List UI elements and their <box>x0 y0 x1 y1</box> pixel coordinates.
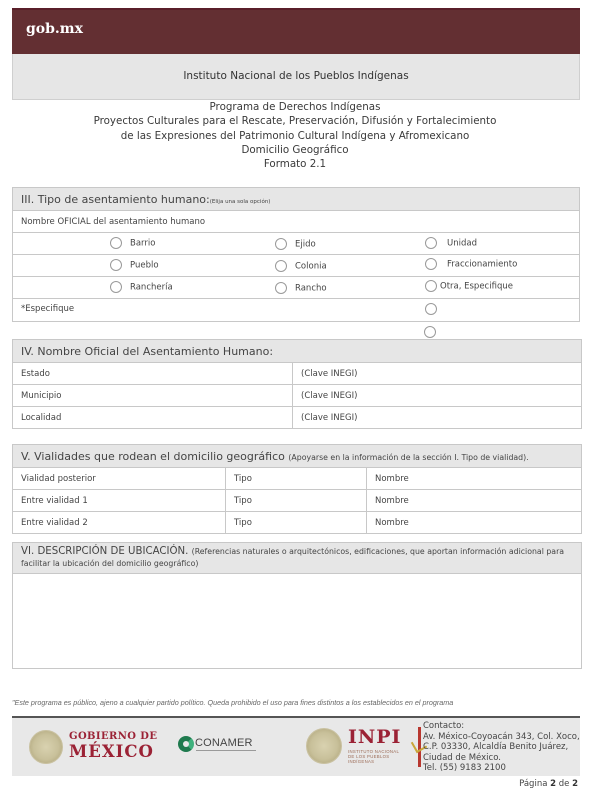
contact-line: Tel. (55) 9183 2100 <box>423 763 580 774</box>
section-4-header: IV. Nombre Oficial del Asentamiento Huma… <box>13 340 582 363</box>
inpi-subtitle: INSTITUTO NACIONAL DE LOS PUEBLOS INDÍGE… <box>348 749 401 764</box>
radio-icon[interactable] <box>110 281 122 293</box>
gob-mx-header: gob.mx <box>12 8 580 54</box>
option-label: Pueblo <box>130 261 159 271</box>
program-line: Programa de Derechos Indígenas <box>0 100 590 114</box>
conamer-word: CONAMER <box>195 737 253 749</box>
page-total: 2 <box>572 779 578 789</box>
road-label: Vialidad posterior <box>13 468 226 490</box>
section-6-location-description: VI. DESCRIPCIÓN DE UBICACIÓN. (Referenci… <box>12 542 582 669</box>
inpi-word: INPI <box>348 726 401 748</box>
road-type-field[interactable]: Tipo <box>226 490 367 512</box>
radio-icon[interactable] <box>110 237 122 249</box>
option-rancheria[interactable]: Ranchería <box>110 281 173 293</box>
option-fraccionamiento[interactable]: Fraccionamiento <box>425 258 517 270</box>
gob-line1: GOBIERNO DE <box>69 732 157 742</box>
mexico-seal-icon <box>306 728 342 764</box>
radio-icon[interactable] <box>425 258 437 270</box>
option-label: Otra, Especifique <box>440 282 513 292</box>
program-line: de las Expresiones del Patrimonio Cultur… <box>0 129 590 143</box>
road-label: Entre vialidad 1 <box>13 490 226 512</box>
section-3-title: III. Tipo de asentamiento humano: <box>21 193 210 206</box>
option-label: Unidad <box>447 239 477 249</box>
radio-icon[interactable] <box>275 238 287 250</box>
table-row: Entre vialidad 2 Tipo Nombre <box>13 512 582 534</box>
option-otra[interactable]: Otra, Especifique <box>425 280 513 292</box>
contact-line: Ciudad de México. <box>423 753 580 764</box>
location-description-textarea[interactable] <box>13 574 582 669</box>
option-label: Ranchería <box>130 283 173 293</box>
option-rancho[interactable]: Rancho <box>275 282 327 294</box>
table-row: Entre vialidad 1 Tipo Nombre <box>13 490 582 512</box>
official-name-field[interactable]: Nombre OFICIAL del asentamiento humano <box>13 211 580 233</box>
option-unidad[interactable]: Unidad <box>425 237 477 249</box>
table-row: Vialidad posterior Tipo Nombre <box>13 468 582 490</box>
section-5-roads: V. Vialidades que rodean el domicilio ge… <box>12 444 582 534</box>
mexico-seal-icon <box>29 730 63 764</box>
program-line: Proyectos Culturales para el Rescate, Pr… <box>0 114 590 128</box>
option-label: Barrio <box>130 239 155 249</box>
municipio-clave-field[interactable]: (Clave INEGI) <box>293 385 582 407</box>
contact-line: Contacto: <box>423 721 580 732</box>
localidad-field[interactable]: Localidad <box>13 407 293 429</box>
footer-logos: GOBIERNO DE MÉXICO CONAMER INPI INSTITUT… <box>12 718 580 776</box>
option-pueblo[interactable]: Pueblo <box>110 259 159 271</box>
section-3-note: (Elija una sola opción) <box>210 199 271 205</box>
option-label: Fraccionamiento <box>447 260 517 270</box>
conamer-mark-icon <box>178 736 194 752</box>
section-4-official-name: IV. Nombre Oficial del Asentamiento Huma… <box>12 339 582 429</box>
program-line: Formato 2.1 <box>0 157 590 171</box>
inpi-sub-line: INDÍGENAS <box>348 759 401 764</box>
page-of: de <box>559 779 570 789</box>
section-6-header: VI. DESCRIPCIÓN DE UBICACIÓN. (Referenci… <box>13 543 582 574</box>
road-type-field[interactable]: Tipo <box>226 468 367 490</box>
radio-icon[interactable] <box>275 260 287 272</box>
road-label: Entre vialidad 2 <box>13 512 226 534</box>
table-row: Estado (Clave INEGI) <box>13 363 582 385</box>
radio-icon[interactable] <box>425 237 437 249</box>
section-5-note: (Apoyarse en la información de la secció… <box>288 453 528 462</box>
gobierno-de-mexico-logo: GOBIERNO DE MÉXICO <box>69 732 157 761</box>
option-label: Rancho <box>295 284 327 294</box>
section-6-title: VI. DESCRIPCIÓN DE UBICACIÓN. <box>21 546 188 557</box>
contact-line: Av. México-Coyoacán 343, Col. Xoco, <box>423 732 580 743</box>
option-colonia[interactable]: Colonia <box>275 260 327 272</box>
gob-mx-logo[interactable]: gob.mx <box>26 21 83 37</box>
official-name-label: Nombre OFICIAL del asentamiento humano <box>21 217 205 227</box>
radio-icon[interactable] <box>425 280 437 292</box>
road-type-field[interactable]: Tipo <box>226 512 367 534</box>
page-number: Página 2 de 2 <box>519 779 578 789</box>
road-name-field[interactable]: Nombre <box>367 512 582 534</box>
option-ejido[interactable]: Ejido <box>275 238 316 250</box>
road-name-field[interactable]: Nombre <box>367 490 582 512</box>
section-3-header: III. Tipo de asentamiento humano:(Elija … <box>13 188 580 211</box>
page-current: 2 <box>550 779 556 789</box>
specify-radio[interactable] <box>425 303 437 315</box>
section-3-settlement-type: III. Tipo de asentamiento humano:(Elija … <box>12 187 580 322</box>
localidad-clave-field[interactable]: (Clave INEGI) <box>293 407 582 429</box>
disclaimer: "Este programa es público, ajeno a cualq… <box>12 698 453 707</box>
table-row: Localidad (Clave INEGI) <box>13 407 582 429</box>
municipio-field[interactable]: Municipio <box>13 385 293 407</box>
contact-line: C.P. 03330, Alcaldía Benito Juárez, <box>423 742 580 753</box>
estado-field[interactable]: Estado <box>13 363 293 385</box>
institution-title: Instituto Nacional de los Pueblos Indíge… <box>12 54 580 100</box>
page-word: Página <box>519 779 547 789</box>
table-row: Municipio (Clave INEGI) <box>13 385 582 407</box>
program-title: Programa de Derechos Indígenas Proyectos… <box>0 100 590 171</box>
option-label: Colonia <box>295 262 327 272</box>
conamer-subtitle <box>196 750 256 751</box>
gob-line2: MÉXICO <box>69 744 157 761</box>
radio-icon[interactable] <box>110 259 122 271</box>
option-barrio[interactable]: Barrio <box>110 237 155 249</box>
road-name-field[interactable]: Nombre <box>367 468 582 490</box>
section-5-title: V. Vialidades que rodean el domicilio ge… <box>21 450 285 463</box>
section-5-header: V. Vialidades que rodean el domicilio ge… <box>13 445 582 468</box>
inpi-logo: INPI INSTITUTO NACIONAL DE LOS PUEBLOS I… <box>348 726 401 764</box>
specify-label: *Especifique <box>21 304 74 314</box>
estado-clave-field[interactable]: (Clave INEGI) <box>293 363 582 385</box>
option-label: Ejido <box>295 240 316 250</box>
extra-radio[interactable] <box>424 326 436 338</box>
program-line: Domicilio Geográfico <box>0 143 590 157</box>
inpi-staff-icon <box>418 727 421 767</box>
radio-icon[interactable] <box>275 282 287 294</box>
contact-info: Contacto: Av. México-Coyoacán 343, Col. … <box>423 721 580 774</box>
